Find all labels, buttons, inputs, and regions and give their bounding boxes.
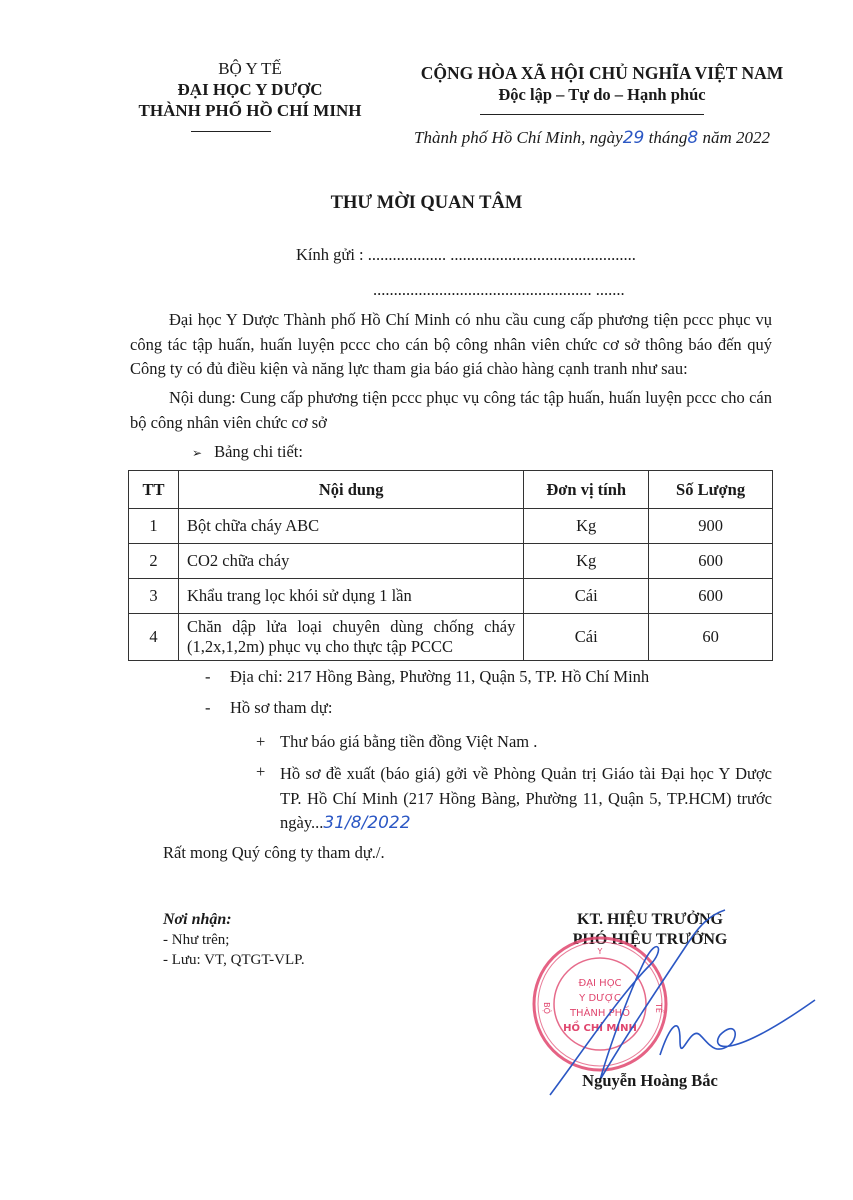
date-year: năm 2022 [702, 128, 770, 147]
cell-qty: 60 [649, 614, 773, 661]
dossier-subitem-1: + Thư báo giá bằng tiền đồng Việt Nam . [0, 732, 853, 756]
cell-tt: 1 [129, 509, 179, 544]
address-item: - Địa chỉ: 217 Hồng Bàng, Phường 11, Quậ… [0, 667, 853, 691]
cell-tt: 2 [129, 544, 179, 579]
signatory-name: Nguyễn Hoàng Bắc [530, 1071, 770, 1091]
arrow-bullet-icon: ➢ [192, 446, 202, 460]
national-motto: Độc lập – Tự do – Hạnh phúc [392, 84, 812, 106]
issuer-underline [191, 131, 271, 132]
recipient-entry: - Lưu: VT, QTGT-VLP. [163, 950, 305, 970]
cell-tt: 3 [129, 579, 179, 614]
national-header: CỘNG HÒA XÃ HỘI CHỦ NGHĨA VIỆT NAM Độc l… [392, 62, 812, 106]
col-header-qty: Số Lượng [649, 471, 773, 509]
cell-tt: 4 [129, 614, 179, 661]
table-row: 3 Khẩu trang lọc khói sử dụng 1 lần Cái … [129, 579, 773, 614]
cell-unit: Cái [524, 579, 649, 614]
document-title: THƯ MỜI QUAN TÂM [0, 193, 853, 214]
detail-table: TT Nội dung Đơn vị tính Số Lượng 1 Bột c… [128, 470, 773, 661]
cell-qty: 600 [649, 579, 773, 614]
cell-content: Bột chữa cháy ABC [178, 509, 523, 544]
content-paragraph: Nội dung: Cung cấp phương tiện pccc phục… [130, 386, 772, 435]
university-city: THÀNH PHỐ HỒ CHÍ MINH [100, 100, 400, 121]
national-title: CỘNG HÒA XÃ HỘI CHỦ NGHĨA VIỆT NAM [392, 62, 812, 84]
cell-unit: Cái [524, 614, 649, 661]
cell-content: Khẩu trang lọc khói sử dụng 1 lần [178, 579, 523, 614]
table-row: 2 CO2 chữa cháy Kg 600 [129, 544, 773, 579]
date-month: 8 [687, 128, 698, 148]
dash-bullet: - [205, 667, 211, 687]
recipient-entry: - Như trên; [163, 930, 305, 950]
closing-line: Rất mong Quý công ty tham dự./. [163, 843, 385, 863]
col-header-tt: TT [129, 471, 179, 509]
plus-bullet: + [256, 762, 265, 782]
recipients-block: Nơi nhận: - Như trên; - Lưu: VT, QTGT-VL… [163, 910, 305, 970]
document-date: Thành phố Hồ Chí Minh, ngày29 tháng8 năm… [414, 128, 770, 148]
col-header-content: Nội dung [178, 471, 523, 509]
recipient-line: Kính gửi : ................... .........… [296, 245, 636, 265]
dash-bullet: - [205, 698, 211, 718]
recipient-blank-2: ........................................… [373, 280, 625, 300]
issuer-block: BỘ Y TẾ ĐẠI HỌC Y DƯỢC THÀNH PHỐ HỒ CHÍ … [100, 58, 400, 121]
cell-qty: 900 [649, 509, 773, 544]
university-name: ĐẠI HỌC Y DƯỢC [100, 79, 400, 100]
cell-content: CO2 chữa cháy [178, 544, 523, 579]
recipients-heading: Nơi nhận: [163, 910, 305, 930]
date-day: 29 [623, 128, 645, 148]
dossier-subitem-2: Hồ sơ đề xuất (báo giá) gởi về Phòng Quả… [280, 762, 772, 836]
date-prefix: Thành phố Hồ Chí Minh, ngày [414, 128, 623, 147]
deadline-handwritten: 31/8/2022 [323, 813, 410, 833]
table-header-row: TT Nội dung Đơn vị tính Số Lượng [129, 471, 773, 509]
cell-qty: 600 [649, 544, 773, 579]
table-row: 1 Bột chữa cháy ABC Kg 900 [129, 509, 773, 544]
cell-unit: Kg [524, 509, 649, 544]
dossier-item: - Hồ sơ tham dự: [0, 698, 853, 722]
cell-unit: Kg [524, 544, 649, 579]
plus-bullet: + [256, 732, 265, 752]
table-row: 4 Chăn dập lửa loại chuyên dùng chống ch… [129, 614, 773, 661]
motto-underline [480, 114, 704, 115]
table-heading: ➢Bảng chi tiết: [192, 442, 303, 462]
date-month-label: tháng [649, 128, 688, 147]
col-header-unit: Đơn vị tính [524, 471, 649, 509]
recipient-blank-1: ................... ....................… [368, 245, 636, 264]
intro-paragraph: Đại học Y Dược Thành phố Hồ Chí Minh có … [130, 308, 772, 382]
cell-content: Chăn dập lửa loại chuyên dùng chống cháy… [178, 614, 523, 661]
dossier-subitem-2-bullet: + [0, 762, 280, 786]
ministry-name: BỘ Y TẾ [100, 58, 400, 79]
recipient-label: Kính gửi : [296, 245, 364, 264]
